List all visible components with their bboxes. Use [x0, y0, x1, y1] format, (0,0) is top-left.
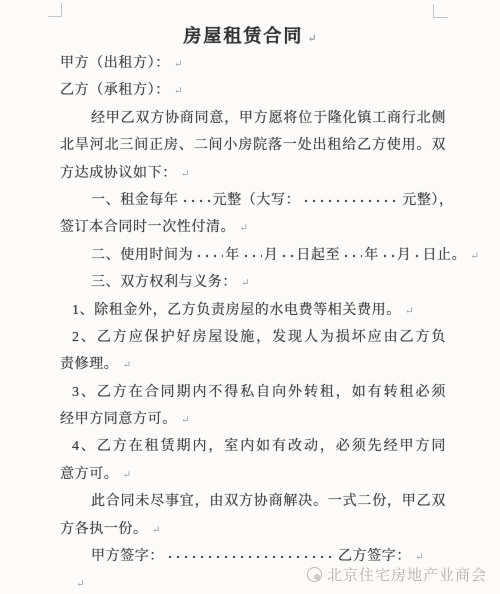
- contract-line: 3、乙方在合同期内不得私自向外转租，如有转租必须: [60, 379, 446, 406]
- contract-line: 签订本合同时一次性付清。↵: [60, 214, 446, 241]
- document-body: 甲方（出租方）：↵乙方（承租方）：↵经甲乙双方协商同意，甲方愿将位于隆化镇工商行…: [60, 50, 446, 594]
- paragraph-mark-icon: ↵: [122, 470, 131, 481]
- line-text: 经甲乙双方协商同意，甲方愿将位于隆化镇工商行北侧: [91, 111, 446, 126]
- contract-line: 责修理。↵: [60, 351, 446, 378]
- contract-line: 4、乙方在租赁期内，室内如有改动，必须先经甲方同: [60, 433, 446, 460]
- contract-line: 三、双方权利与义务：↵: [60, 269, 446, 296]
- line-text: 此合同未尽事宜，由双方协商解决。一式二份，甲乙双: [91, 494, 446, 509]
- line-text: 三、双方权利与义务：: [91, 275, 237, 290]
- dotted-blank: [181, 194, 211, 208]
- line-text: 日止。: [422, 248, 466, 263]
- line-text: 一、租金每年: [91, 193, 179, 208]
- contract-line: 1、除租金外，乙方负责房屋的水电费等相关费用。↵: [60, 297, 446, 324]
- line-text: 月: [397, 248, 412, 263]
- paragraph-mark-icon: ↵: [405, 306, 414, 317]
- contract-line: 此合同未尽事宜，由双方协商解决。一式二份，甲乙双: [60, 488, 446, 515]
- dotted-blank: [302, 194, 400, 208]
- paragraph-mark-icon: ↵: [241, 278, 250, 289]
- paragraph-mark-icon: ↵: [174, 59, 183, 70]
- paragraph-mark-icon: ↵: [181, 415, 190, 426]
- dotted-blank: [342, 249, 362, 263]
- paragraph-mark-icon: ↵: [470, 251, 479, 262]
- contract-line: 2、乙方应保护好房屋设施，发现人为损坏应由乙方负: [60, 324, 446, 351]
- dotted-blank: [195, 249, 223, 263]
- document-title-text: 房屋租赁合同: [183, 26, 303, 46]
- line-text: 方达成协议如下：: [60, 166, 177, 181]
- dotted-blank: [166, 550, 336, 564]
- paragraph-mark-icon: ↵: [122, 360, 131, 371]
- line-text: 乙方签字：: [338, 549, 411, 564]
- contract-line: 意方可。↵: [60, 461, 446, 488]
- line-text: 月: [264, 248, 279, 263]
- line-text: 年: [225, 248, 240, 263]
- contract-line: 经甲方同意方可。↵: [60, 406, 446, 433]
- contract-line: 乙方（承租方）：↵: [60, 77, 446, 104]
- line-text: 甲方签字：: [91, 549, 164, 564]
- dotted-blank: [242, 249, 262, 263]
- dotted-blank: [280, 249, 294, 263]
- line-text: 年: [364, 248, 379, 263]
- paragraph-mark-icon: ↵: [181, 169, 190, 180]
- line-text: 甲方（出租方）：: [60, 56, 170, 71]
- line-text: 签订本合同时一次性付清。: [60, 220, 235, 235]
- line-text: 方各执一份。: [60, 522, 148, 537]
- paragraph-mark-icon: ↵: [239, 223, 248, 234]
- contract-line: 方达成协议如下：↵: [60, 160, 446, 187]
- line-text: 3、乙方在合同期内不得私自向外转租，如有转租必须: [72, 385, 446, 400]
- scanned-contract-page: 房屋租赁合同↵ 甲方（出租方）：↵乙方（承租方）：↵经甲乙双方协商同意，甲方愿将…: [0, 0, 500, 594]
- line-text: 经甲方同意方可。: [60, 412, 177, 427]
- contract-line: 经甲乙双方协商同意，甲方愿将位于隆化镇工商行北侧: [60, 105, 446, 132]
- line-text: 4、乙方在租赁期内，室内如有改动，必须先经甲方同: [72, 439, 446, 454]
- watermark: 北京住宅房地产业商会: [307, 564, 487, 585]
- paragraph-mark-icon: ↵: [415, 552, 424, 563]
- paragraph-mark-icon: ↵: [76, 579, 85, 590]
- contract-line: 二、使用时间为年月日起至年月日止。↵: [60, 242, 446, 269]
- paragraph-mark-icon: ↵: [174, 86, 183, 97]
- contract-line: 甲方（出租方）：↵: [60, 50, 446, 77]
- contract-line: 一、租金每年元整（大写：元整），: [60, 187, 446, 214]
- line-text: 责修理。: [60, 357, 118, 372]
- line-text: 元整），: [402, 193, 453, 208]
- contract-line: 北旱河北三间正房、二间小房院落一处出租给乙方使用。双: [60, 132, 446, 159]
- line-text: 二、使用时间为: [91, 248, 193, 263]
- paragraph-mark-icon: ↵: [152, 525, 161, 536]
- line-text: 1、除租金外，乙方负责房屋的水电费等相关费用。: [72, 303, 401, 318]
- watermark-text: 北京住宅房地产业商会: [327, 564, 487, 585]
- line-text: 乙方（承租方）：: [60, 83, 170, 98]
- dotted-blank: [381, 249, 395, 263]
- line-text: 2、乙方应保护好房屋设施，发现人为损坏应由乙方负: [72, 330, 446, 345]
- association-logo-icon: [307, 567, 322, 582]
- dotted-blank: [413, 249, 420, 263]
- line-text: 日起至: [296, 248, 340, 263]
- line-text: 元整（大写：: [213, 193, 301, 208]
- line-text: 北旱河北三间正房、二间小房院落一处出租给乙方使用。双: [60, 138, 446, 153]
- line-text: 意方可。: [60, 467, 118, 482]
- crop-mark-top-right: [433, 4, 448, 18]
- document-title: 房屋租赁合同↵: [0, 22, 500, 48]
- crop-mark-top-left: [48, 3, 62, 17]
- contract-line: 方各执一份。↵: [60, 516, 446, 543]
- paragraph-mark-icon: ↵: [307, 33, 316, 45]
